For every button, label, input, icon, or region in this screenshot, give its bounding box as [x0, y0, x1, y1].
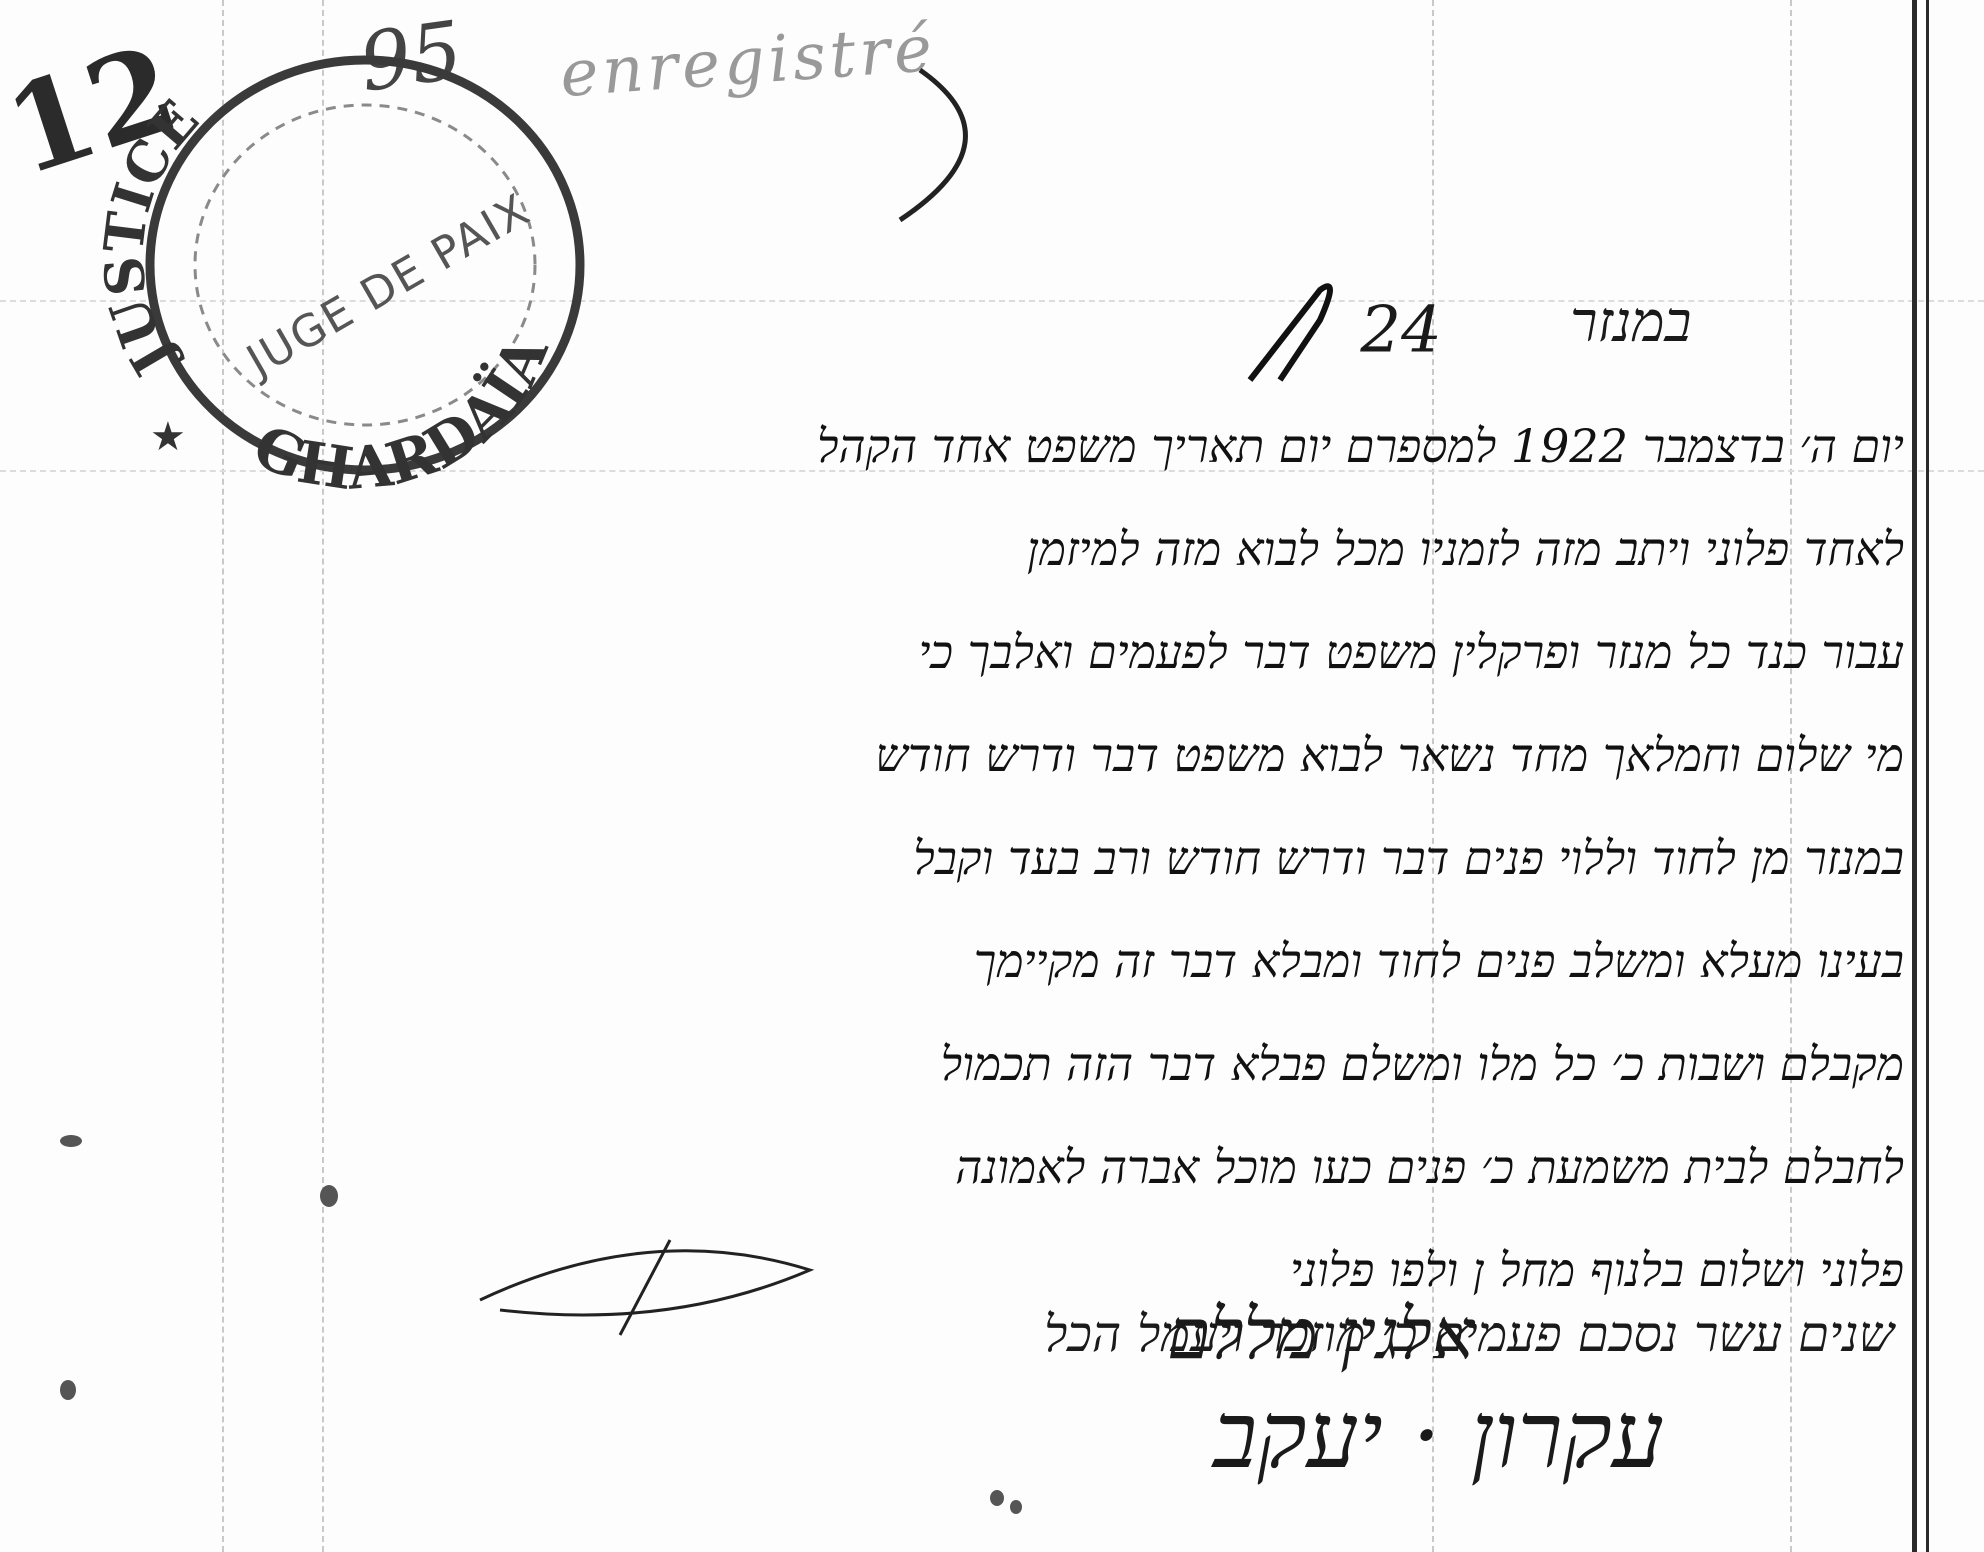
ink-speck [60, 1380, 76, 1400]
stamp-text-justice: JUSTICE [91, 88, 211, 390]
svg-text:★: ★ [150, 414, 186, 460]
ink-speck [990, 1490, 1004, 1506]
page-edge-line [1912, 0, 1917, 1552]
body-line: מי שלום וחמלאך מחד נשאר לבוא משפט דבר וד… [344, 704, 1904, 807]
scanned-document-page: 12 95 enregistré JUSTICE GHARDAÏA ★ JUGE… [0, 0, 1984, 1552]
body-line: בעינו מעלא ומשלב פנים לחוד ומבלא דבר זה … [344, 910, 1904, 1013]
body-line: יום ה׳ בדצמבר 1922 למספרם יום תאריך משפט… [344, 395, 1904, 498]
body-line: לחבלם לבית משמעת כ׳ פנים כעו מוכל אברה ל… [344, 1116, 1904, 1219]
ink-speck [320, 1185, 338, 1207]
ink-speck [1010, 1500, 1022, 1514]
body-line: במנזר מן לחוד וללוי פנים דבר ודרש חודש ו… [344, 807, 1904, 910]
body-line: לאחד פלוני ויתב מזה לזמניו מכל לבוא מזה … [344, 498, 1904, 601]
annotation-arc [880, 30, 1040, 230]
letter-body: יום ה׳ בדצמבר 1922 למספרם יום תאריך משפט… [344, 395, 1904, 1322]
date-value: 24 [1360, 294, 1441, 368]
svg-text:JUSTICE: JUSTICE [91, 88, 211, 390]
header-date: 24 [1240, 280, 1442, 390]
header-place: במנזר [1570, 290, 1692, 355]
ink-speck [60, 1135, 82, 1147]
signature-name: עקרון · יעקב [294, 1382, 1664, 1489]
signature-scribble-icon [470, 1230, 830, 1340]
date-flourish-icon [1240, 280, 1340, 390]
body-line: עבור כנד כל מנזר ופרקלין משפט דבר לפעמים… [344, 601, 1904, 704]
page-edge-line [1926, 0, 1929, 1552]
body-line: מקבלם ושבות כ׳ כל מלו ומשלם פבלא דבר הזה… [344, 1013, 1904, 1116]
